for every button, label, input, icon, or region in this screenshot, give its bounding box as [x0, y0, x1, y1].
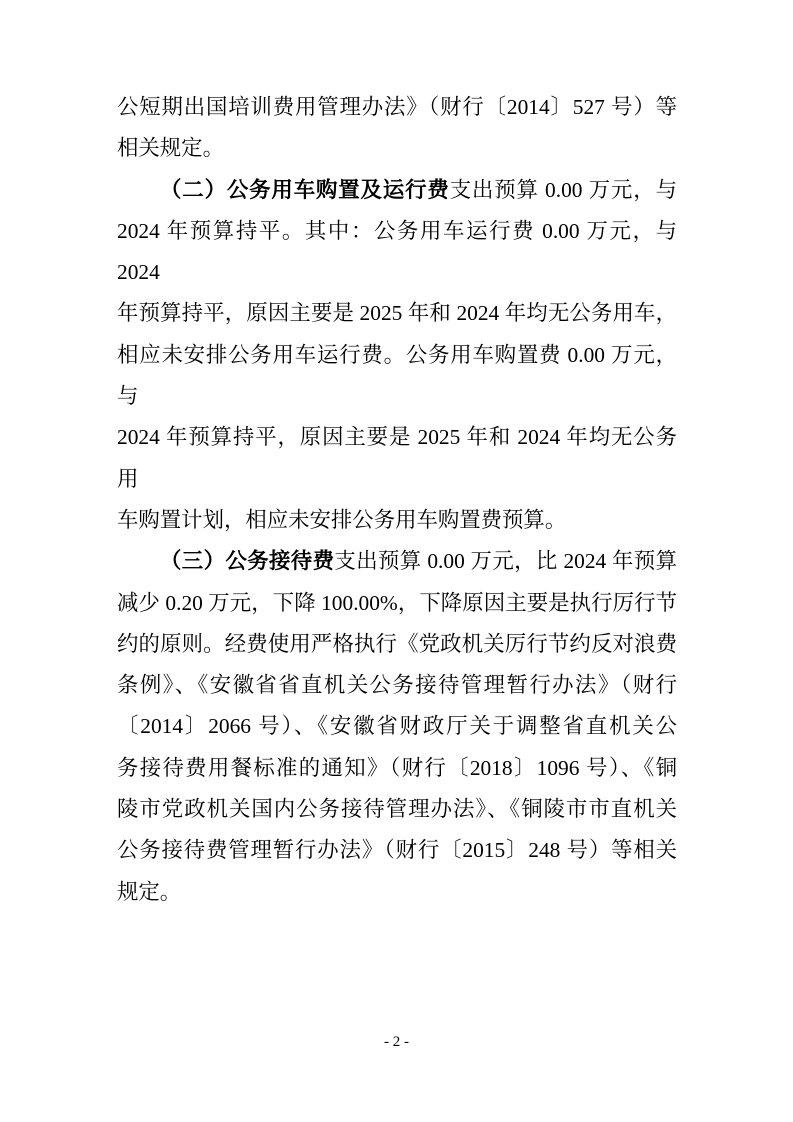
page-number: - 2 -: [384, 1034, 409, 1050]
text-run: 〔2014〕2066 号）、《安徽省财政厅关于调整省直机关公: [117, 714, 677, 738]
text-run: 支出预算 0.00 万元，与: [450, 178, 677, 202]
paragraph: （三）公务接待费支出预算 0.00 万元，比 2024 年预算减少 0.20 万…: [117, 541, 677, 913]
document-body: 公短期出国培训费用管理办法》（财行〔2014〕527 号）等相关规定。（二）公务…: [117, 87, 677, 913]
text-run: 2024 年预算持平。其中：公务用车运行费 0.00 万元，与 2024: [117, 219, 677, 284]
text-run-bold: （三）公务接待费: [160, 549, 334, 573]
text-line: 相应未安排公务用车运行费。公务用车购置费 0.00 万元，与: [117, 335, 677, 418]
text-line: 2024 年预算持平，原因主要是 2025 年和 2024 年均无公务用: [117, 417, 677, 500]
text-run: 公务接待费管理暂行办法》（财行〔2015〕248 号）等相关: [117, 838, 677, 862]
text-line: 减少 0.20 万元，下降 100.00%，下降原因主要是执行厉行节: [117, 583, 677, 624]
text-run: 减少 0.20 万元，下降 100.00%，下降原因主要是执行厉行节: [117, 591, 677, 615]
text-run: 车购置计划，相应未安排公务用车购置费预算。: [117, 508, 566, 532]
text-line: 约的原则。经费使用严格执行《党政机关厉行节约反对浪费: [117, 624, 677, 665]
text-run: 相应未安排公务用车运行费。公务用车购置费 0.00 万元，与: [117, 343, 677, 408]
text-run: 务接待费用餐标准的通知》（财行〔2018〕1096 号）、《铜: [117, 756, 677, 780]
text-line: 条例》、《安徽省省直机关公务接待管理暂行办法》（财行: [117, 665, 677, 706]
text-run: 陵市党政机关国内公务接待管理办法》、《铜陵市市直机关: [117, 797, 677, 821]
text-line: （二）公务用车购置及运行费支出预算 0.00 万元，与: [117, 170, 677, 211]
text-run: 2024 年预算持平，原因主要是 2025 年和 2024 年均无公务用: [117, 425, 677, 490]
text-line: 〔2014〕2066 号）、《安徽省财政厅关于调整省直机关公: [117, 706, 677, 747]
text-line: 务接待费用餐标准的通知》（财行〔2018〕1096 号）、《铜: [117, 748, 677, 789]
text-run: 年预算持平，原因主要是 2025 年和 2024 年均无公务用车，: [117, 301, 677, 325]
text-run: 约的原则。经费使用严格执行《党政机关厉行节约反对浪费: [117, 632, 677, 656]
text-line: 规定。: [117, 872, 677, 913]
text-run: 支出预算 0.00 万元，比 2024 年预算: [334, 549, 677, 573]
text-line: 年预算持平，原因主要是 2025 年和 2024 年均无公务用车，: [117, 293, 677, 334]
paragraph: （二）公务用车购置及运行费支出预算 0.00 万元，与2024 年预算持平。其中…: [117, 170, 677, 542]
text-line: （三）公务接待费支出预算 0.00 万元，比 2024 年预算: [117, 541, 677, 582]
text-run: 公短期出国培训费用管理办法》（财行〔2014〕527 号）等: [117, 95, 677, 119]
text-line: 公务接待费管理暂行办法》（财行〔2015〕248 号）等相关: [117, 830, 677, 871]
text-line: 2024 年预算持平。其中：公务用车运行费 0.00 万元，与 2024: [117, 211, 677, 294]
text-run: 相关规定。: [117, 136, 224, 160]
text-run: 规定。: [117, 880, 181, 904]
text-line: 相关规定。: [117, 128, 677, 169]
paragraph: 公短期出国培训费用管理办法》（财行〔2014〕527 号）等相关规定。: [117, 87, 677, 170]
page-footer: - 2 -: [0, 1032, 793, 1052]
text-line: 陵市党政机关国内公务接待管理办法》、《铜陵市市直机关: [117, 789, 677, 830]
text-run-bold: （二）公务用车购置及运行费: [160, 178, 450, 202]
text-line: 公短期出国培训费用管理办法》（财行〔2014〕527 号）等: [117, 87, 677, 128]
document-page: 公短期出国培训费用管理办法》（财行〔2014〕527 号）等相关规定。（二）公务…: [0, 0, 793, 1122]
text-line: 车购置计划，相应未安排公务用车购置费预算。: [117, 500, 677, 541]
text-run: 条例》、《安徽省省直机关公务接待管理暂行办法》（财行: [117, 673, 677, 697]
